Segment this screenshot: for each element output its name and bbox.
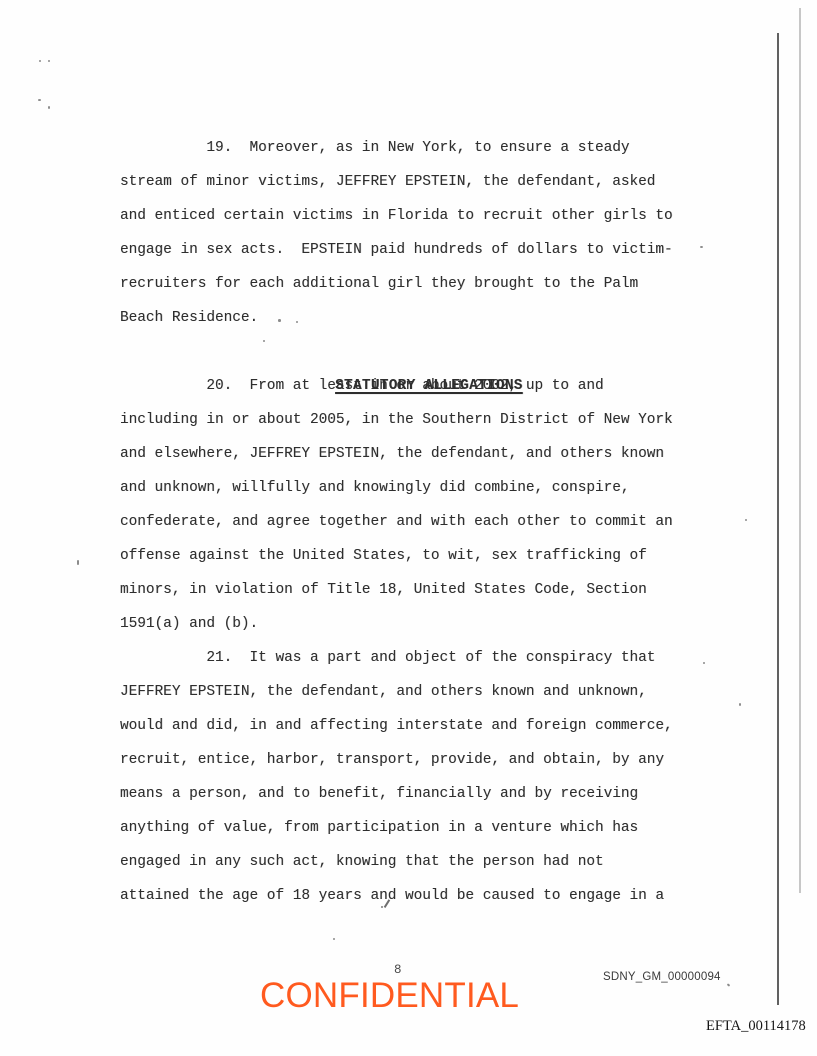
document-line: Beach Residence. [120, 301, 686, 335]
scanned-document-page: 19. Moreover, as in New York, to ensure … [0, 0, 817, 1056]
scan-artifact [727, 983, 731, 986]
scan-artifact [333, 938, 335, 940]
document-line: 20. From at least in or about 2002, up t… [120, 369, 686, 403]
document-line: recruiters for each additional girl they… [120, 267, 686, 301]
document-line: engage in sex acts. EPSTEIN paid hundred… [120, 233, 686, 267]
scan-rule-line-light [799, 8, 801, 893]
scan-artifact [77, 560, 79, 565]
scan-artifact [700, 246, 703, 248]
page-number: 8 [394, 963, 402, 977]
scan-artifact [39, 60, 41, 62]
scan-artifact [263, 340, 265, 342]
document-line: including in or about 2005, in the South… [120, 403, 686, 437]
document-line: attained the age of 18 years and would b… [120, 879, 686, 913]
document-line: and elsewhere, JEFFREY EPSTEIN, the defe… [120, 437, 686, 471]
document-line: confederate, and agree together and with… [120, 505, 686, 539]
document-line: anything of value, from participation in… [120, 811, 686, 845]
scan-artifact [703, 662, 705, 664]
scan-artifact [278, 319, 281, 322]
bates-number-efta: EFTA_00114178 [706, 1018, 806, 1035]
document-line: would and did, in and affecting intersta… [120, 709, 686, 743]
scan-rule-line-dark [777, 33, 779, 1005]
document-line: minors, in violation of Title 18, United… [120, 573, 686, 607]
document-line: 19. Moreover, as in New York, to ensure … [120, 131, 686, 165]
scan-artifact [48, 106, 50, 109]
scan-artifact [48, 60, 50, 62]
document-line: offense against the United States, to wi… [120, 539, 686, 573]
scan-artifact [381, 906, 383, 908]
document-line: engaged in any such act, knowing that th… [120, 845, 686, 879]
bates-number-sdny: SDNY_GM_00000094 [603, 971, 721, 983]
typed-text-block: 19. Moreover, as in New York, to ensure … [120, 131, 686, 913]
scan-artifact [739, 703, 741, 706]
scan-artifact [38, 99, 41, 101]
confidential-stamp: CONFIDENTIAL [260, 976, 519, 1016]
document-line: and unknown, willfully and knowingly did… [120, 471, 686, 505]
scan-artifact [296, 321, 298, 323]
scan-artifact [745, 519, 747, 521]
document-line: stream of minor victims, JEFFREY EPSTEIN… [120, 165, 686, 199]
document-line: and enticed certain victims in Florida t… [120, 199, 686, 233]
document-line: JEFFREY EPSTEIN, the defendant, and othe… [120, 675, 686, 709]
document-line: 1591(a) and (b). [120, 607, 686, 641]
document-line: 21. It was a part and object of the cons… [120, 641, 686, 675]
document-line: recruit, entice, harbor, transport, prov… [120, 743, 686, 777]
section-heading: STATUTORY ALLEGATIONS [120, 335, 686, 369]
document-line: means a person, and to benefit, financia… [120, 777, 686, 811]
